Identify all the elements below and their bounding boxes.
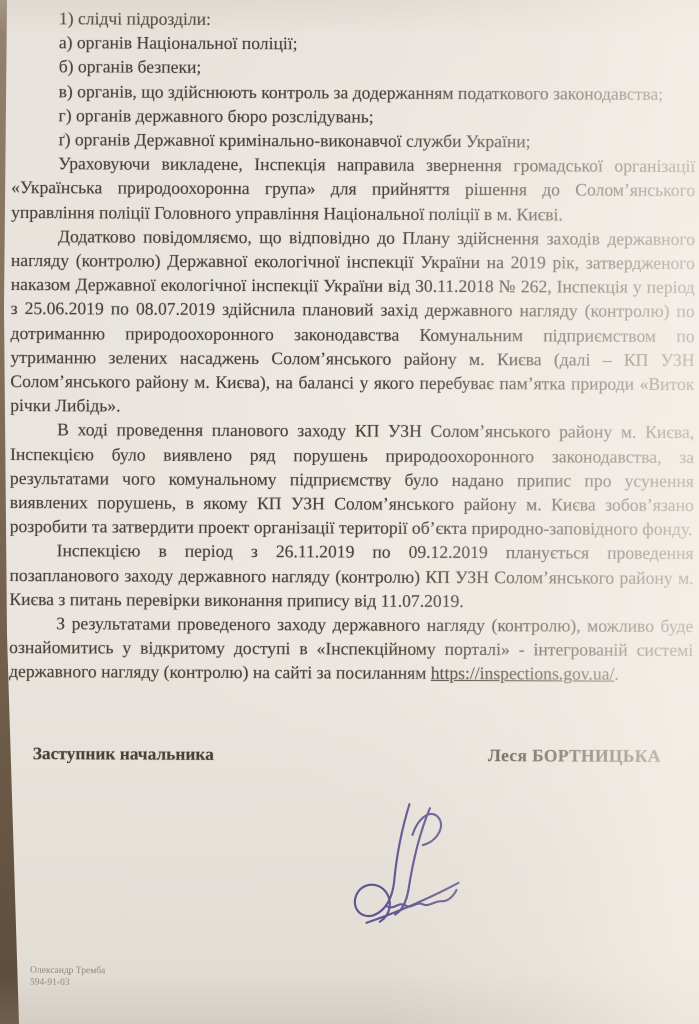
list-item-v: в) органів, що здійснюють контроль за до… — [12, 79, 696, 106]
list-item-h: г) органів державного бюро розслідувань; — [11, 103, 695, 130]
list-item-g: ґ) органів Державної кримінально-виконав… — [11, 127, 695, 154]
url-link-text: https://inspections.gov.ua/ — [431, 663, 615, 684]
signature-block: Заступник начальника Леся БОРТНИЦЬКА — [9, 741, 693, 768]
list-item-1: 1) слідчі підрозділи: — [12, 6, 696, 33]
paragraph-referral: Ураховуючи викладене, Інспекція направил… — [11, 151, 695, 227]
executor-phone: 594-91-03 — [30, 977, 105, 989]
list-item-b: б) органів безпеки; — [12, 54, 696, 81]
paragraph-violations: В ході проведення планового заходу КП УЗ… — [10, 417, 695, 541]
executor-name: Олександр Тремба — [30, 966, 105, 978]
signatory-title: Заступник начальника — [33, 741, 214, 766]
handwritten-signature-icon — [348, 798, 476, 936]
paragraph-results-portal: З результатами проведеного заходу держав… — [9, 611, 693, 687]
paragraph-results-portal-suffix: . — [614, 664, 618, 684]
document-photo: 1) слідчі підрозділи: а) органів Націона… — [0, 0, 699, 1024]
paragraph-unscheduled-inspection: Інспекцією в період з 26.11.2019 по 09.1… — [9, 538, 693, 614]
paragraph-planned-inspection: Додатково повідомляємо, що відповідно до… — [10, 224, 695, 421]
letter-body: 1) слідчі підрозділи: а) органів Націона… — [9, 6, 696, 768]
executor-info: Олександр Тремба 594-91-03 — [30, 966, 105, 990]
signatory-name: Леся БОРТНИЦЬКА — [488, 743, 661, 768]
list-item-a: а) органів Національної поліції; — [12, 30, 696, 57]
